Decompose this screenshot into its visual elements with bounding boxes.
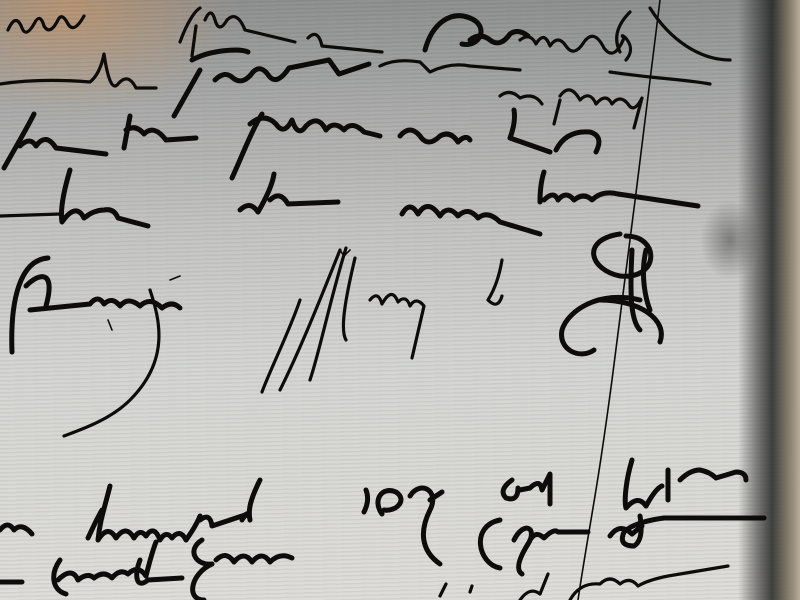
- handwriting-ink: [0, 0, 800, 600]
- line1-ink: [8, 8, 730, 60]
- line4-ink: [0, 170, 698, 234]
- document-photo: ...[illegible] filz de Pierre Dumollin .…: [0, 0, 800, 600]
- line3-ink: [4, 110, 599, 178]
- line7-ink: [440, 566, 728, 600]
- line6-ink: [0, 516, 764, 600]
- line2-ink: [0, 50, 710, 128]
- signatures-ink: [12, 234, 662, 436]
